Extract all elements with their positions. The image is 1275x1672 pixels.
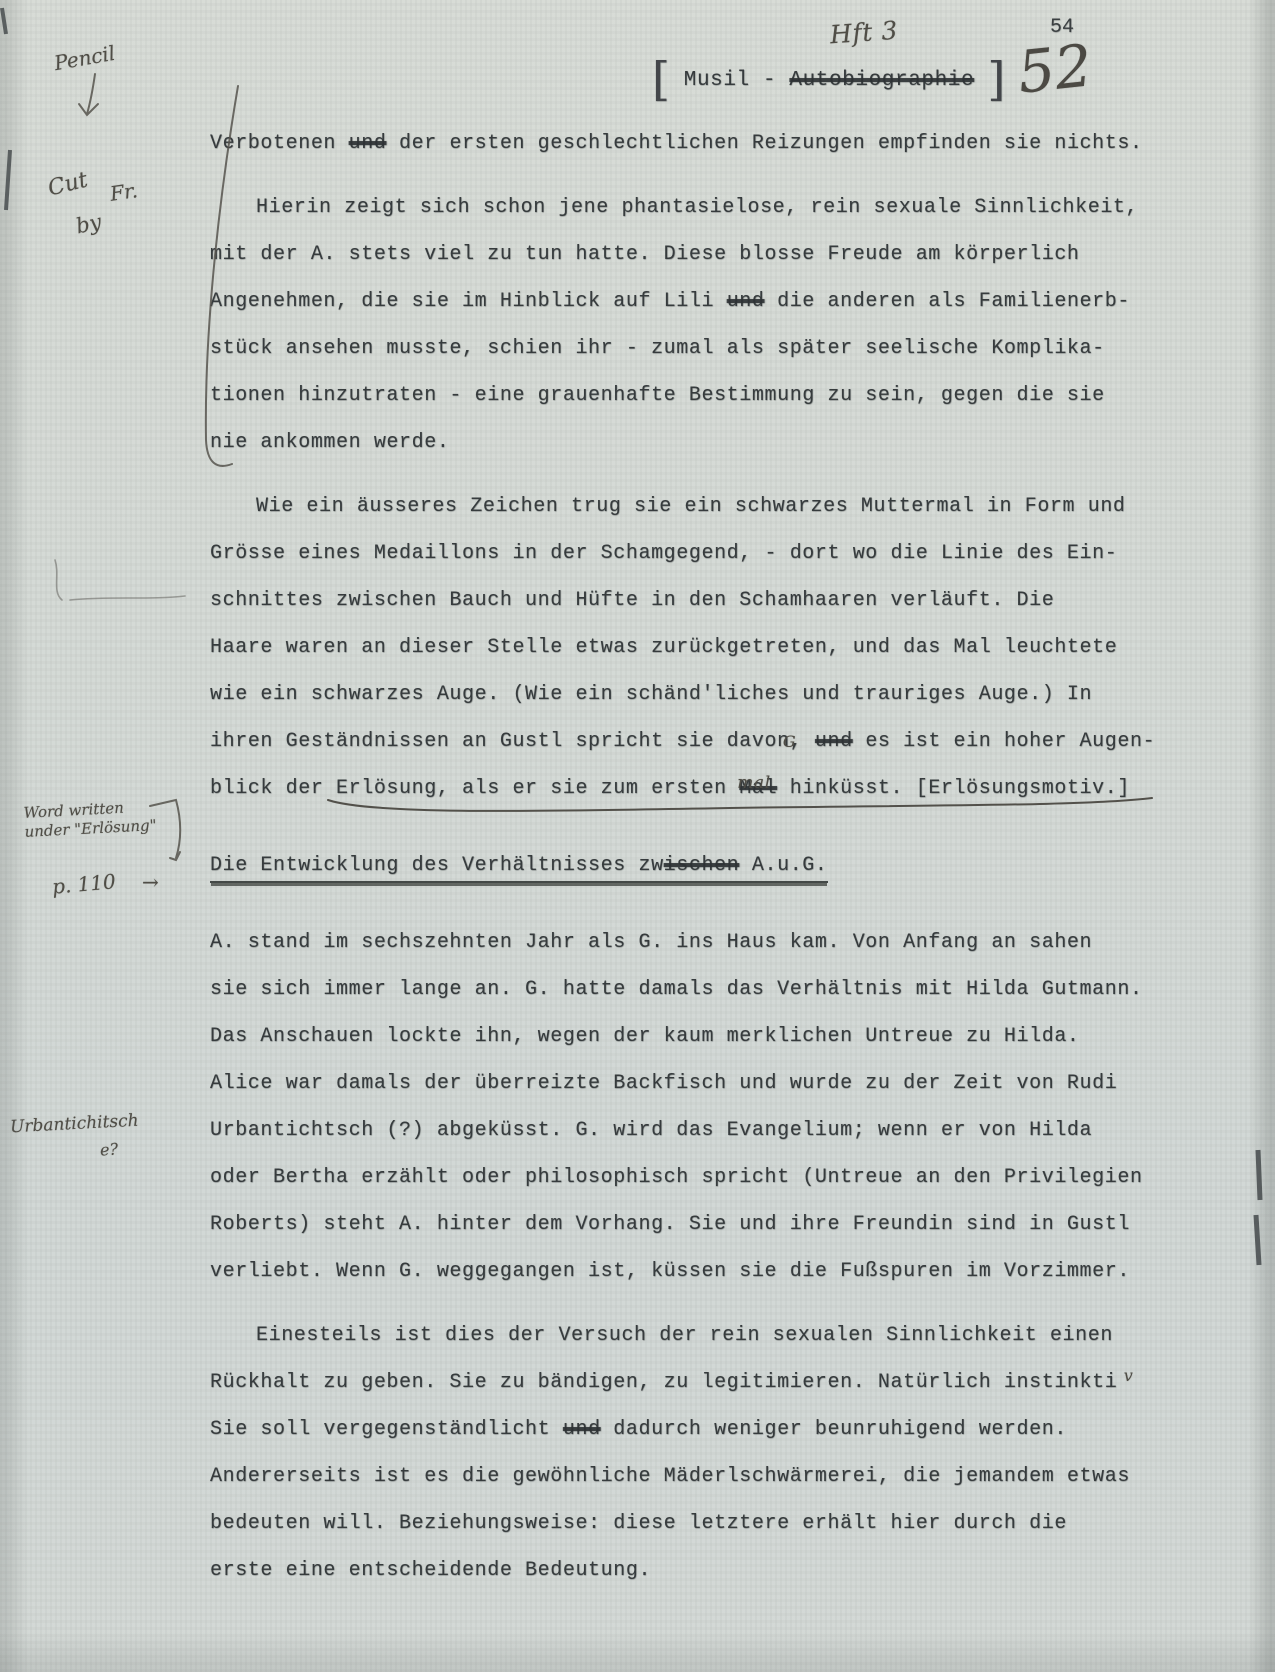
typed-line-text: Verbotenen und der ersten geschlechtlich… [210, 132, 1143, 155]
typed-text: schnittes zwischen Bauch und Hüfte in de… [210, 589, 1054, 612]
typed-text: erste eine entscheidende Bedeutung. [210, 1559, 651, 1582]
typed-line: Das Anschauen lockte ihn, wegen der kaum… [210, 1013, 1185, 1060]
typed-text-body: Verbotenen und der ersten geschlechtlich… [210, 120, 1185, 1611]
struck-text: und [349, 132, 387, 155]
typed-text: Roberts) steht A. hinter dem Vorhang. Si… [210, 1213, 1130, 1236]
typed-text [802, 730, 815, 753]
typed-paragraph: Wie ein äusseres Zeichen trug sie ein sc… [210, 483, 1185, 812]
typed-line-text: oder Bertha erzählt oder philosophisch s… [210, 1166, 1143, 1189]
document-header: [ Musil - Autobiographie ] Hft 3 [652, 52, 1006, 112]
typed-line-text: mit der A. stets viel zu tun hatte. Dies… [210, 243, 1080, 266]
typed-text: mit der A. stets viel zu tun hatte. Dies… [210, 243, 1080, 266]
typed-paragraph: Einesteils ist dies der Versuch der rein… [210, 1312, 1185, 1594]
faint-smudge-mark [55, 560, 185, 600]
typed-line-text: Angenehmen, die sie im Hinblick auf Lili… [210, 290, 1130, 313]
typed-line: verliebt. Wenn G. weggegangen ist, küsse… [210, 1248, 1185, 1295]
typed-line: Die Entwicklung des Verhältnisses zwisch… [210, 842, 1185, 889]
typed-line-text: Rückhalt zu geben. Sie zu bändigen, zu l… [210, 1371, 1117, 1394]
typed-paragraph: Hierin zeigt sich schon jene phantasielo… [210, 184, 1185, 466]
typed-line-text: Hierin zeigt sich schon jene phantasielo… [256, 196, 1138, 219]
struck-text: und [727, 290, 765, 313]
typed-text: verliebt. Wenn G. weggegangen ist, küsse… [210, 1260, 1130, 1283]
typed-line: Alice war damals der überreizte Backfisc… [210, 1060, 1185, 1107]
typed-text: Alice war damals der überreizte Backfisc… [210, 1072, 1117, 1095]
header-title-struck: Autobiographie [789, 69, 974, 92]
typed-line: Sie soll vergegenständlicht und dadurch … [210, 1406, 1185, 1453]
pencil-down-arrow [87, 74, 95, 114]
section-heading: Die Entwicklung des Verhältnisses zwisch… [210, 842, 1185, 889]
typed-line-text: Roberts) steht A. hinter dem Vorhang. Si… [210, 1213, 1130, 1236]
typed-text: nie ankommen werde. [210, 431, 449, 454]
typed-line: Hierin zeigt sich schon jene phantasielo… [210, 184, 1185, 231]
typed-line-text: Einesteils ist dies der Versuch der rein… [256, 1324, 1113, 1347]
typed-line-text: erste eine entscheidende Bedeutung. [210, 1559, 651, 1582]
note-pointer-tick [170, 852, 180, 860]
typed-line: Angenehmen, die sie im Hinblick auf Lili… [210, 278, 1185, 325]
typed-line: Verbotenen und der ersten geschlechtlich… [210, 120, 1185, 167]
typed-text: tionen hinzutraten - eine grauenhafte Be… [210, 384, 1105, 407]
typed-text: Einesteils ist dies der Versuch der rein… [256, 1324, 1113, 1347]
typed-line: Haare waren an dieser Stelle etwas zurüc… [210, 624, 1185, 671]
typed-line: erste eine entscheidende Bedeutung. [210, 1547, 1185, 1594]
typed-text: Hierin zeigt sich schon jene phantasielo… [256, 196, 1138, 219]
typed-line-text: Andererseits ist es die gewöhnliche Mäde… [210, 1465, 1130, 1488]
header-title: Musil - [684, 69, 790, 92]
typed-line-text: bedeuten will. Beziehungsweise: diese le… [210, 1512, 1067, 1535]
typed-line: A. stand im sechszehnten Jahr als G. ins… [210, 919, 1185, 966]
typed-text: Verbotenen [210, 132, 349, 155]
typed-line-text: Haare waren an dieser Stelle etwas zurüc… [210, 636, 1117, 659]
typed-line: Rückhalt zu geben. Sie zu bändigen, zu l… [210, 1359, 1185, 1406]
typed-line: Urbantichtsch (?) abgeküsst. G. wird das… [210, 1107, 1185, 1154]
typed-text: Andererseits ist es die gewöhnliche Mäde… [210, 1465, 1130, 1488]
typed-line-text: nie ankommen werde. [210, 431, 449, 454]
typed-line: mit der A. stets viel zu tun hatte. Dies… [210, 231, 1185, 278]
typed-paragraph: Verbotenen und der ersten geschlechtlich… [210, 120, 1185, 167]
typed-line-text: schnittes zwischen Bauch und Hüfte in de… [210, 589, 1054, 612]
struck-text: und [563, 1418, 601, 1441]
header-close-bracket: ] [987, 52, 1006, 106]
margin-note-by: by [74, 210, 104, 239]
typed-line: bedeuten will. Beziehungsweise: diese le… [210, 1500, 1185, 1547]
margin-note-fr: Fr. [108, 178, 139, 206]
typed-line-text: wie ein schwarzes Auge. (Wie ein schänd'… [210, 683, 1092, 706]
typed-text: der ersten geschlechtlichen Reizungen em… [386, 132, 1142, 155]
typed-text: Sie soll vergegenständlicht [210, 1418, 563, 1441]
typed-paragraph: A. stand im sechszehnten Jahr als G. ins… [210, 919, 1185, 1295]
typed-text: Die Entwicklung des Verhältnisses zw [210, 854, 664, 877]
typed-line-text: ihren Geständnissen an Gustl spricht sie… [210, 730, 1155, 753]
typed-line-text: Urbantichtsch (?) abgeküsst. G. wird das… [210, 1119, 1092, 1142]
typed-line-text: tionen hinzutraten - eine grauenhafte Be… [210, 384, 1105, 407]
margin-note-p110: p. 110 [51, 869, 117, 898]
typed-text: Wie ein äusseres Zeichen trug sie ein sc… [256, 495, 1126, 518]
typed-text: Urbantichtsch (?) abgeküsst. G. wird das… [210, 1119, 1092, 1142]
typed-line: wie ein schwarzes Auge. (Wie ein schänd'… [210, 671, 1185, 718]
typed-text: ihren Geständnissen an Gustl spricht sie… [210, 730, 802, 753]
pencil-underline-stroke [328, 798, 1152, 811]
struck-text: ischen [664, 854, 740, 877]
scan-edge-artifact [1256, 1150, 1260, 1265]
typed-line: stück ansehen musste, schien ihr - zumal… [210, 325, 1185, 372]
typed-text: Das Anschauen lockte ihn, wegen der kaum… [210, 1025, 1080, 1048]
margin-note-urbantichitsch: Urbantichitsch [10, 1111, 139, 1138]
typed-line: blick der Erlösung, als er sie zum erste… [210, 765, 1185, 812]
typed-line-text: Grösse eines Medaillons in der Schamgege… [210, 542, 1117, 565]
margin-note-word-written: Word written under "Erlösung" [23, 796, 175, 842]
typed-line-text: Die Entwicklung des Verhältnisses zwisch… [210, 854, 828, 883]
typed-line: Roberts) steht A. hinter dem Vorhang. Si… [210, 1201, 1185, 1248]
scan-left-edge-artifact [2, 8, 10, 210]
typed-line: tionen hinzutraten - eine grauenhafte Be… [210, 372, 1185, 419]
typed-line: sie sich immer lange an. G. hatte damals… [210, 966, 1185, 1013]
typed-text: es ist ein hoher Augen- [853, 730, 1155, 753]
typed-line-text: Sie soll vergegenständlicht und dadurch … [210, 1418, 1067, 1441]
typed-line-text: verliebt. Wenn G. weggegangen ist, küsse… [210, 1260, 1130, 1283]
typed-text: stück ansehen musste, schien ihr - zumal… [210, 337, 1105, 360]
scanned-page: 54 52 [ Musil - Autobiographie ] Hft 3 P… [0, 0, 1275, 1672]
typed-line-text: sie sich immer lange an. G. hatte damals… [210, 978, 1143, 1001]
margin-note-urbantichitsch-query: e? [99, 1139, 118, 1159]
typed-line: oder Bertha erzählt oder philosophisch s… [210, 1154, 1185, 1201]
typed-text: A.u.G. [739, 854, 827, 877]
margin-note-pencil: Pencil [52, 41, 117, 75]
typed-text: wie ein schwarzes Auge. (Wie ein schänd'… [210, 683, 1092, 706]
typed-line: ihren Geständnissen an Gustl spricht sie… [210, 718, 1185, 765]
typed-text: Angenehmen, die sie im Hinblick auf Lili [210, 290, 727, 313]
handwritten-correction: v [1124, 1352, 1134, 1399]
handwritten-correction: G [783, 718, 796, 765]
typed-line-text: Wie ein äusseres Zeichen trug sie ein sc… [256, 495, 1126, 518]
typed-text: Haare waren an dieser Stelle etwas zurüc… [210, 636, 1117, 659]
typed-line: nie ankommen werde. [210, 419, 1185, 466]
typed-text: A. stand im sechszehnten Jahr als G. ins… [210, 931, 1092, 954]
typed-line: Grösse eines Medaillons in der Schamgege… [210, 530, 1185, 577]
typed-line: Andererseits ist es die gewöhnliche Mäde… [210, 1453, 1185, 1500]
typed-line-text: Alice war damals der überreizte Backfisc… [210, 1072, 1117, 1095]
typed-text: dadurch weniger beunruhigend werden. [601, 1418, 1067, 1441]
handwritten-page-number: 52 [1015, 36, 1094, 101]
typed-text: Rückhalt zu geben. Sie zu bändigen, zu l… [210, 1371, 1117, 1394]
struck-text: und [815, 730, 853, 753]
typed-line: Wie ein äusseres Zeichen trug sie ein sc… [210, 483, 1185, 530]
typed-text: bedeuten will. Beziehungsweise: diese le… [210, 1512, 1067, 1535]
typed-text: Grösse eines Medaillons in der Schamgege… [210, 542, 1117, 565]
typed-line: Einesteils ist dies der Versuch der rein… [210, 1312, 1185, 1359]
typed-text: die anderen als Familienerb- [765, 290, 1130, 313]
margin-note-cut: Cut [46, 168, 91, 202]
pencil-down-arrowhead [79, 104, 98, 115]
typed-line-text: A. stand im sechszehnten Jahr als G. ins… [210, 931, 1092, 954]
typed-text: sie sich immer lange an. G. hatte damals… [210, 978, 1143, 1001]
right-arrow-mark: → [142, 870, 159, 894]
header-open-bracket: [ [652, 52, 671, 106]
typed-line: schnittes zwischen Bauch und Hüfte in de… [210, 577, 1185, 624]
pencil-underline [210, 796, 1170, 818]
typed-line-text: Das Anschauen lockte ihn, wegen der kaum… [210, 1025, 1080, 1048]
typed-line-text: stück ansehen musste, schien ihr - zumal… [210, 337, 1105, 360]
handwritten-heft-number: Hft 3 [829, 16, 899, 50]
typed-text: oder Bertha erzählt oder philosophisch s… [210, 1166, 1143, 1189]
